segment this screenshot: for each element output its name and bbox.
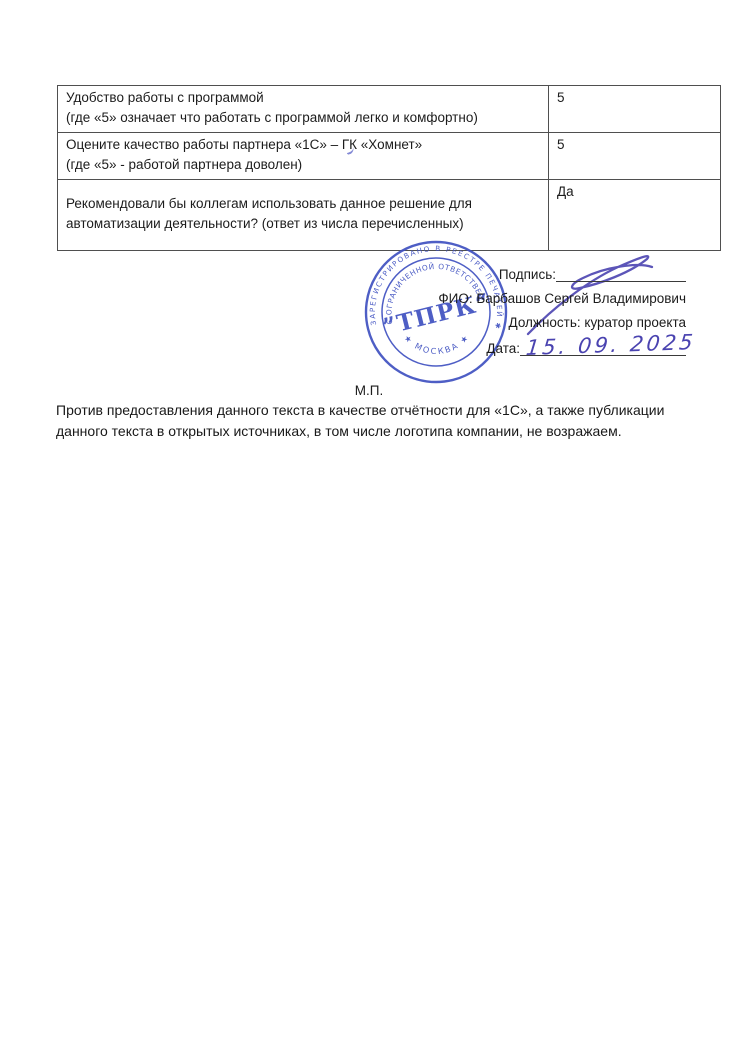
fio-row: ФИО: Барбашов Сергей Владимирович (438, 291, 686, 316)
date-row: Дата:15. 09. 2025 (438, 340, 686, 365)
signature-row: Подпись: (438, 266, 686, 291)
stamp-place-mark: М.П. (0, 383, 738, 398)
signature-label: Подпись: (499, 267, 556, 282)
date-label: Дата: (486, 341, 520, 356)
question-line: Рекомендовали бы коллегам использовать д… (66, 194, 540, 214)
signature-block: Подпись: ФИО: Барбашов Сергей Владимиров… (438, 266, 686, 364)
position-text: Должность: куратор проекта (509, 315, 686, 330)
answer-cell: 5 (549, 86, 721, 133)
document-page: Удобство работы с программой (где «5» оз… (0, 0, 738, 1038)
question-line: (где «5» означает что работать с програм… (66, 108, 540, 128)
question-line: Оцените качество работы партнера «1С» – … (66, 135, 540, 155)
answer-cell: 5 (549, 133, 721, 180)
question-line: Удобство работы с программой (66, 88, 540, 108)
question-cell: Оцените качество работы партнера «1С» – … (58, 133, 549, 180)
signature-line (556, 266, 686, 282)
answer-cell: Да (549, 180, 721, 251)
fio-text: ФИО: Барбашов Сергей Владимирович (438, 291, 686, 306)
table-row: Оцените качество работы партнера «1С» – … (58, 133, 721, 180)
date-line: 15. 09. 2025 (520, 340, 686, 356)
disclaimer-paragraph: Против предоставления данного текста в к… (56, 400, 676, 442)
question-line: (где «5» - работой партнера доволен) (66, 155, 540, 175)
survey-table: Удобство работы с программой (где «5» оз… (57, 85, 721, 251)
question-line: автоматизации деятельности? (ответ из чи… (66, 214, 540, 234)
table-row: Удобство работы с программой (где «5» оз… (58, 86, 721, 133)
question-cell: Удобство работы с программой (где «5» оз… (58, 86, 549, 133)
